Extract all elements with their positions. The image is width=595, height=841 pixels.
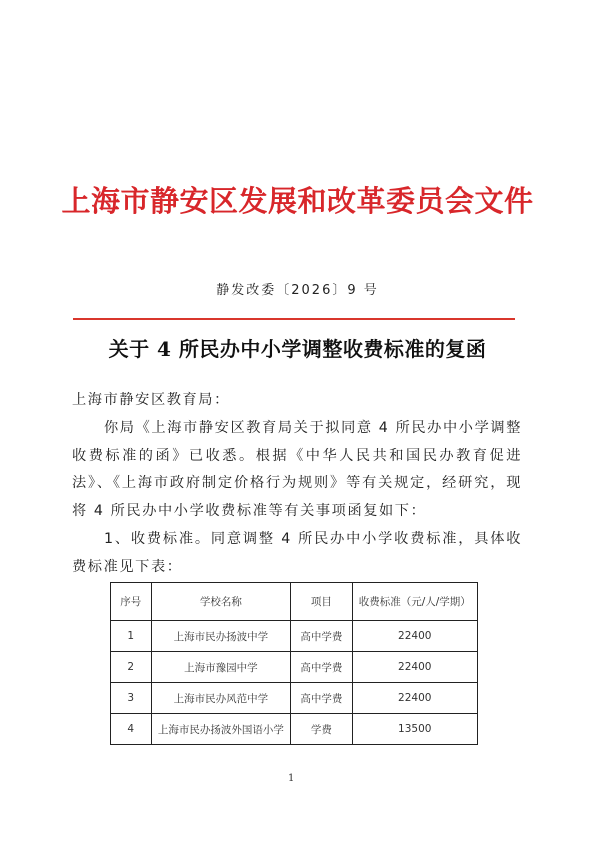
document-number: 静发改委〔2026〕9 号 bbox=[0, 279, 595, 298]
issuer-header: 上海市静安区发展和改革委员会文件 bbox=[0, 181, 595, 221]
paragraph-intro: 你局《上海市静安区教育局关于拟同意 4 所民办中小学调整收费标准的函》已收悉。根… bbox=[72, 415, 522, 525]
cell-fee: 22400 bbox=[352, 621, 478, 652]
cell-serial: 1 bbox=[111, 621, 152, 652]
document-title: 关于 4 所民办中小学调整收费标准的复函 bbox=[0, 334, 595, 364]
cell-school: 上海市豫园中学 bbox=[151, 652, 291, 683]
cell-item: 高中学费 bbox=[291, 652, 352, 683]
paragraph-fee-standard: 1、收费标准。同意调整 4 所民办中小学收费标准，具体收费标准见下表： bbox=[72, 526, 522, 581]
cell-school: 上海市民办风范中学 bbox=[151, 683, 291, 714]
cell-item: 高中学费 bbox=[291, 621, 352, 652]
cell-serial: 2 bbox=[111, 652, 152, 683]
cell-item: 学费 bbox=[291, 714, 352, 745]
table-row: 3 上海市民办风范中学 高中学费 22400 bbox=[111, 683, 478, 714]
cell-serial: 3 bbox=[111, 683, 152, 714]
table-row: 1 上海市民办扬波中学 高中学费 22400 bbox=[111, 621, 478, 652]
cell-fee: 22400 bbox=[352, 683, 478, 714]
cell-fee: 22400 bbox=[352, 652, 478, 683]
red-divider-line bbox=[73, 318, 515, 320]
fee-table: 序号 学校名称 项目 收费标准（元/人/学期） 1 上海市民办扬波中学 高中学费… bbox=[110, 582, 478, 745]
cell-fee: 13500 bbox=[352, 714, 478, 745]
addressee: 上海市静安区教育局： bbox=[72, 387, 522, 415]
table-header-row: 序号 学校名称 项目 收费标准（元/人/学期） bbox=[111, 583, 478, 621]
header-item: 项目 bbox=[291, 583, 352, 621]
table-row: 2 上海市豫园中学 高中学费 22400 bbox=[111, 652, 478, 683]
header-school-name: 学校名称 bbox=[151, 583, 291, 621]
header-fee: 收费标准（元/人/学期） bbox=[352, 583, 478, 621]
cell-school: 上海市民办扬波中学 bbox=[151, 621, 291, 652]
cell-item: 高中学费 bbox=[291, 683, 352, 714]
cell-school: 上海市民办扬波外国语小学 bbox=[151, 714, 291, 745]
table-row: 4 上海市民办扬波外国语小学 学费 13500 bbox=[111, 714, 478, 745]
page-number: 1 bbox=[288, 773, 294, 784]
cell-serial: 4 bbox=[111, 714, 152, 745]
header-serial: 序号 bbox=[111, 583, 152, 621]
